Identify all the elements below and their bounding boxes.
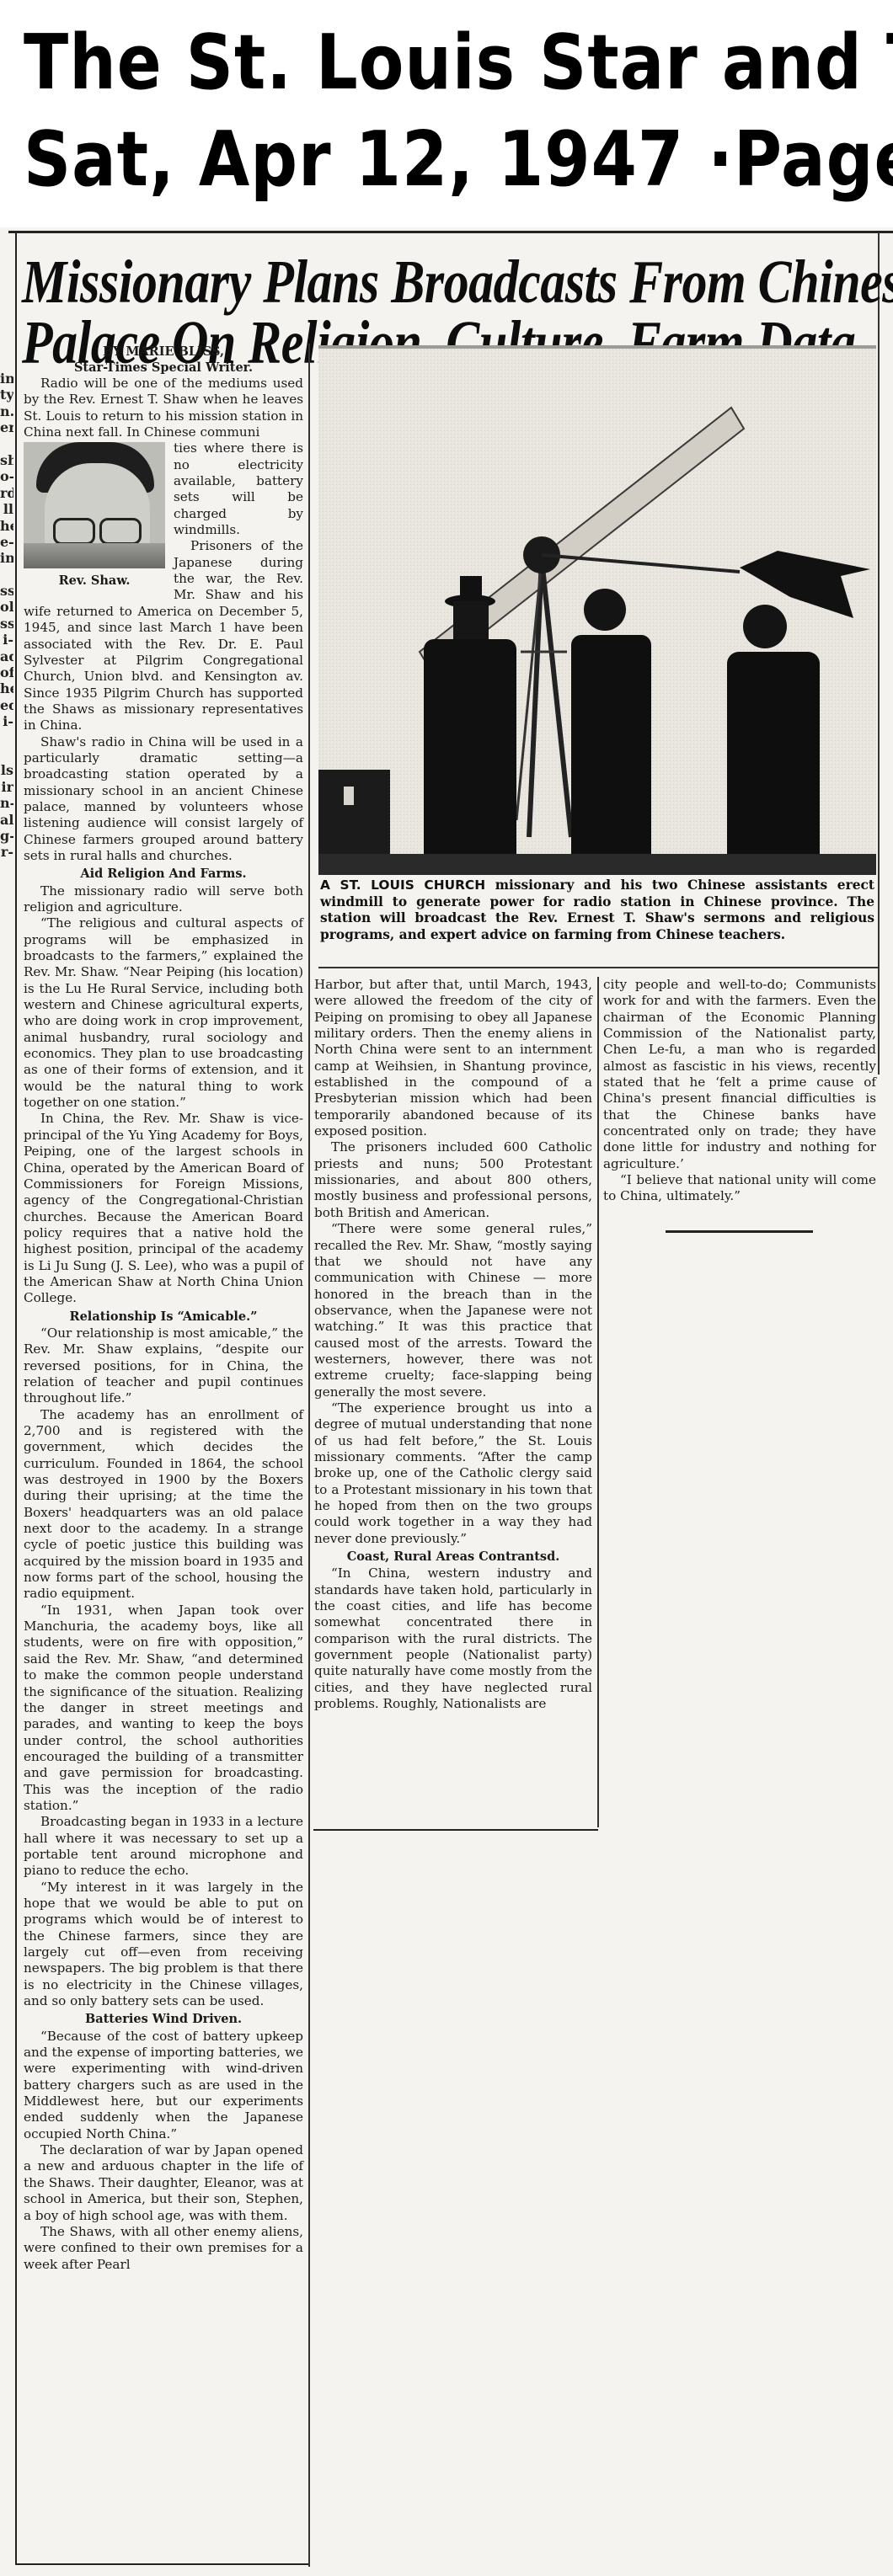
article-left-border xyxy=(15,232,17,2565)
fragment-text: in xyxy=(0,371,13,387)
fragment-text: ed xyxy=(0,697,13,713)
fragment-text: i- xyxy=(0,713,13,729)
photo-caption-lead: A ST. LOUIS CHURCH xyxy=(320,877,485,893)
fragment-text: ls xyxy=(0,762,13,778)
article-column-3: city people and well-to-do; Communists w… xyxy=(603,977,876,1205)
subhead: Coast, Rural Areas Contrantsd. xyxy=(314,1549,592,1565)
fragment-text xyxy=(0,746,13,762)
fragment-text: ad xyxy=(0,648,13,664)
article-column-1: BY MARIE BLISS, Star-Times Special Write… xyxy=(24,344,303,2273)
fragment-text: he xyxy=(0,680,13,696)
fragment-text: ll xyxy=(0,501,13,517)
paragraph: The academy has an enrollment of 2,700 a… xyxy=(24,1407,303,1603)
paragraph: The missionary radio will serve both rel… xyxy=(24,883,303,916)
fragment-text: al xyxy=(0,812,13,828)
fragment-text: er xyxy=(0,419,13,435)
column-divider xyxy=(597,977,599,1827)
windmill-photo xyxy=(318,345,876,875)
caption-rule xyxy=(318,967,878,968)
fragment-text: r- xyxy=(0,844,13,860)
headline-line-1: Missionary Plans Broadcasts From Chinese xyxy=(22,251,873,312)
column-divider xyxy=(308,344,310,2567)
column-end-rule xyxy=(313,1829,598,1831)
paragraph: Harbor, but after that, until March, 194… xyxy=(314,977,592,1139)
masthead-title: The St. Louis Star and Times xyxy=(24,25,893,101)
paragraph: “There were some general rules,” recalle… xyxy=(314,1221,592,1400)
fragment-text: i- xyxy=(0,632,13,648)
windmill-photo-illustration xyxy=(318,349,876,875)
article-column-2: Harbor, but after that, until March, 194… xyxy=(314,977,592,1712)
paragraph: Shaw's radio in China will be used in a … xyxy=(24,734,303,865)
fragment-text: sh xyxy=(0,452,13,468)
fragment-text: ss xyxy=(0,583,13,599)
subhead: Relationship Is “Amicable.” xyxy=(24,1309,303,1325)
fragment-text xyxy=(0,567,13,583)
portrait-photo xyxy=(24,442,165,568)
fragment-text: ir xyxy=(0,779,13,795)
paragraph: “In 1931, when Japan took over Manchuria… xyxy=(24,1603,303,1814)
byline: BY MARIE BLISS, Star-Times Special Write… xyxy=(24,344,303,376)
fragment-text xyxy=(0,436,13,452)
paragraph: The declaration of war by Japan opened a… xyxy=(24,2142,303,2224)
paragraph: “Because of the cost of battery upkeep a… xyxy=(24,2029,303,2142)
paragraph: Broadcasting began in 1933 in a lecture … xyxy=(24,1814,303,1879)
paragraph: The Shaws, with all other enemy aliens, … xyxy=(24,2224,303,2273)
article-end-rule xyxy=(666,1230,813,1233)
paragraph: “My interest in it was largely in the ho… xyxy=(24,1880,303,2010)
fragment-text: ss xyxy=(0,616,13,632)
fragment-text: in xyxy=(0,550,13,566)
article-right-border xyxy=(878,232,880,1075)
adjacent-column-fragments: intyn.ersho-rdllhee-inssolssi-adofheedi-… xyxy=(0,371,13,2560)
paragraph: “I believe that national unity will come… xyxy=(603,1172,876,1205)
paragraph: In China, the Rev. Mr. Shaw is vice-prin… xyxy=(24,1111,303,1306)
paragraph: Radio will be one of the mediums used by… xyxy=(24,376,303,440)
fragment-text: e- xyxy=(0,534,13,550)
fragment-text: ty xyxy=(0,387,13,403)
photo-caption: A ST. LOUIS CHURCH missionary and his tw… xyxy=(320,877,874,943)
fragment-text: n- xyxy=(0,795,13,811)
portrait-caption: Rev. Shaw. xyxy=(24,573,165,589)
fragment-text: o- xyxy=(0,468,13,484)
paragraph: “The experience brought us into a degree… xyxy=(314,1400,592,1547)
subhead: Aid Religion And Farms. xyxy=(24,866,303,882)
fragment-text: he xyxy=(0,518,13,534)
fragment-text: rd xyxy=(0,485,13,501)
byline-role: Star-Times Special Writer. xyxy=(24,360,303,376)
masthead-date-page: Sat, Apr 12, 1947 ·Page 7 xyxy=(24,122,893,198)
paragraph: “Our relationship is most amicable,” the… xyxy=(24,1325,303,1407)
paragraph: “In China, western industry and standard… xyxy=(314,1565,592,1712)
paragraph: “The religious and cultural aspects of p… xyxy=(24,915,303,1111)
paragraph: The prisoners included 600 Catholic prie… xyxy=(314,1139,592,1221)
fragment-text: of xyxy=(0,664,13,680)
fragment-text: g- xyxy=(0,828,13,844)
portrait-figure: Rev. Shaw. xyxy=(24,442,165,589)
fragment-text xyxy=(0,730,13,746)
fragment-text: ol xyxy=(0,599,13,615)
fragment-text: n. xyxy=(0,403,13,419)
column-end-rule xyxy=(17,2563,308,2565)
top-rule xyxy=(8,231,893,233)
paragraph: city people and well-to-do; Communists w… xyxy=(603,977,876,1172)
subhead: Batteries Wind Driven. xyxy=(24,2011,303,2027)
byline-author: BY MARIE BLISS, xyxy=(24,344,303,360)
